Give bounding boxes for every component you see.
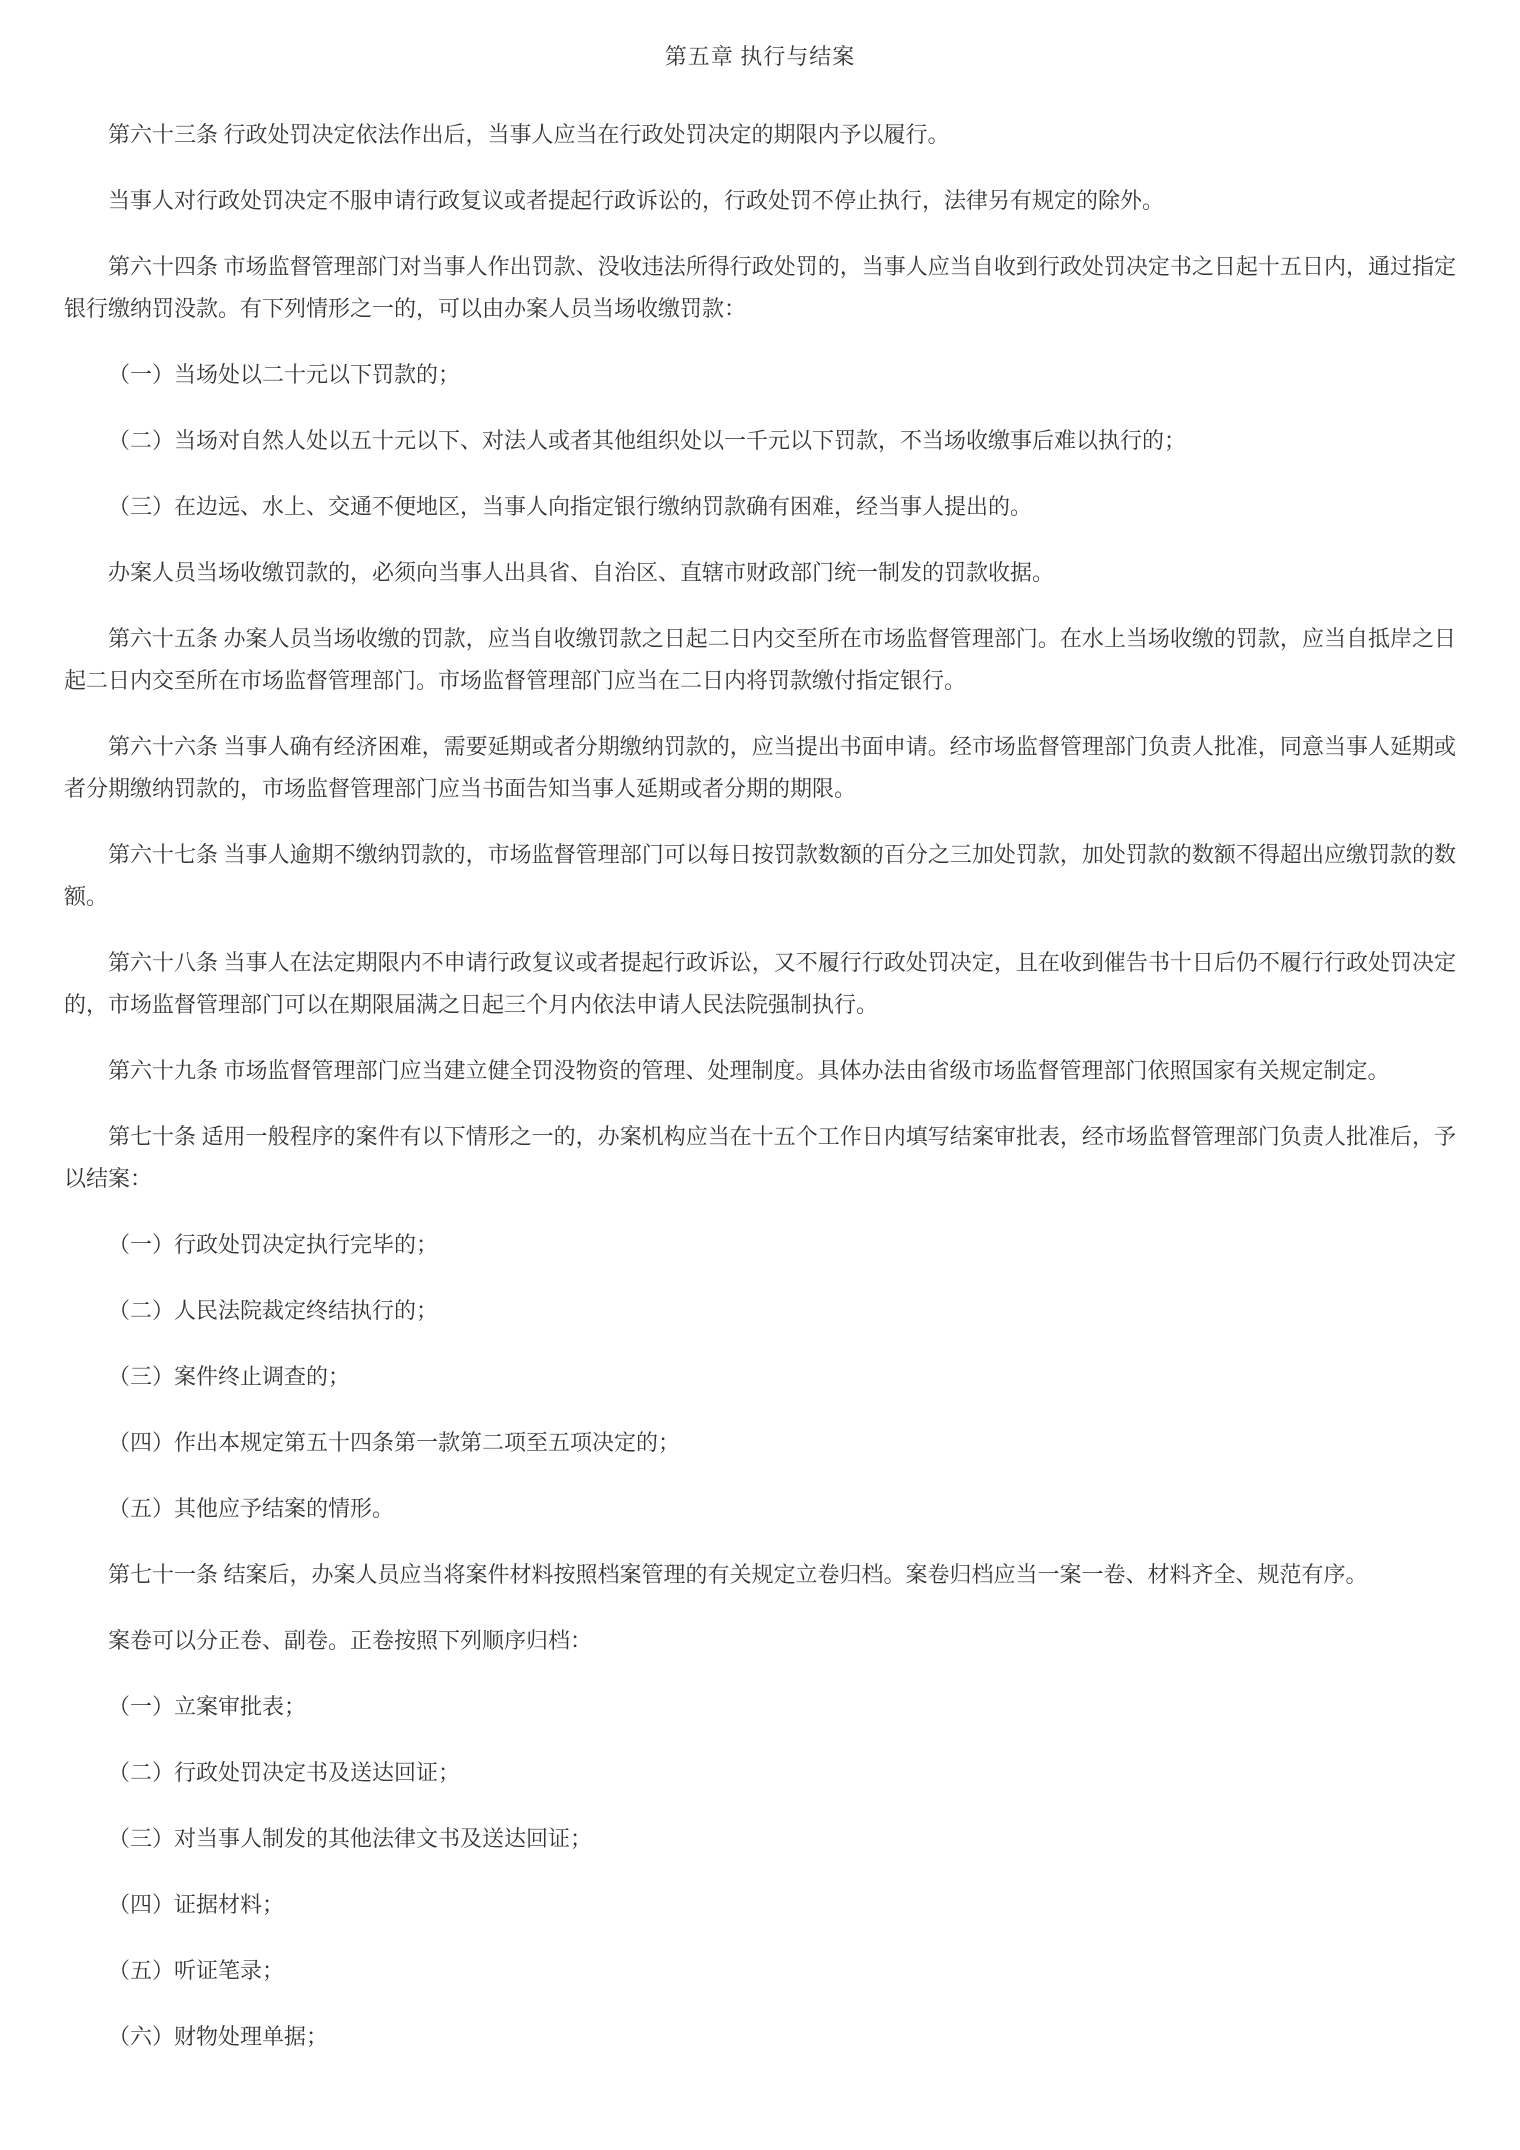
paragraph: 第七十条 适用一般程序的案件有以下情形之一的，办案机构应当在十五个工作日内填写结…: [64, 1116, 1456, 1200]
paragraph: （二）人民法院裁定终结执行的；: [64, 1290, 1456, 1332]
paragraph: 第六十八条 当事人在法定期限内不申请行政复议或者提起行政诉讼，又不履行行政处罚决…: [64, 942, 1456, 1026]
paragraph: （四）证据材料；: [64, 1884, 1456, 1926]
paragraph: 第六十九条 市场监督管理部门应当建立健全罚没物资的管理、处理制度。具体办法由省级…: [64, 1050, 1456, 1092]
paragraph: （三）在边远、水上、交通不便地区，当事人向指定银行缴纳罚款确有困难，经当事人提出…: [64, 486, 1456, 528]
paragraph: （一）行政处罚决定执行完毕的；: [64, 1224, 1456, 1266]
paragraph: 当事人对行政处罚决定不服申请行政复议或者提起行政诉讼的，行政处罚不停止执行，法律…: [64, 180, 1456, 222]
paragraph: （六）财物处理单据；: [64, 2016, 1456, 2058]
paragraph: 第六十四条 市场监督管理部门对当事人作出罚款、没收违法所得行政处罚的，当事人应当…: [64, 246, 1456, 330]
chapter-title: 第五章 执行与结案: [64, 36, 1456, 78]
paragraph: 第六十六条 当事人确有经济困难，需要延期或者分期缴纳罚款的，应当提出书面申请。经…: [64, 726, 1456, 810]
paragraph: （一）立案审批表；: [64, 1686, 1456, 1728]
paragraph: 第六十三条 行政处罚决定依法作出后，当事人应当在行政处罚决定的期限内予以履行。: [64, 114, 1456, 156]
paragraph: （二）行政处罚决定书及送达回证；: [64, 1752, 1456, 1794]
paragraph: （五）其他应予结案的情形。: [64, 1488, 1456, 1530]
paragraph: （四）作出本规定第五十四条第一款第二项至五项决定的；: [64, 1422, 1456, 1464]
paragraph: 第六十七条 当事人逾期不缴纳罚款的，市场监督管理部门可以每日按罚款数额的百分之三…: [64, 834, 1456, 918]
document-page: 第五章 执行与结案 第六十三条 行政处罚决定依法作出后，当事人应当在行政处罚决定…: [0, 0, 1520, 2150]
paragraph: 案卷可以分正卷、副卷。正卷按照下列顺序归档：: [64, 1620, 1456, 1662]
paragraph: （二）当场对自然人处以五十元以下、对法人或者其他组织处以一千元以下罚款，不当场收…: [64, 420, 1456, 462]
paragraph: （五）听证笔录；: [64, 1950, 1456, 1992]
paragraph: （一）当场处以二十元以下罚款的；: [64, 354, 1456, 396]
paragraph: 第六十五条 办案人员当场收缴的罚款，应当自收缴罚款之日起二日内交至所在市场监督管…: [64, 618, 1456, 702]
paragraph: 办案人员当场收缴罚款的，必须向当事人出具省、自治区、直辖市财政部门统一制发的罚款…: [64, 552, 1456, 594]
paragraph: 第七十一条 结案后，办案人员应当将案件材料按照档案管理的有关规定立卷归档。案卷归…: [64, 1554, 1456, 1596]
paragraph: （三）案件终止调查的；: [64, 1356, 1456, 1398]
paragraph-list: 第六十三条 行政处罚决定依法作出后，当事人应当在行政处罚决定的期限内予以履行。当…: [64, 114, 1456, 2058]
paragraph: （三）对当事人制发的其他法律文书及送达回证；: [64, 1818, 1456, 1860]
